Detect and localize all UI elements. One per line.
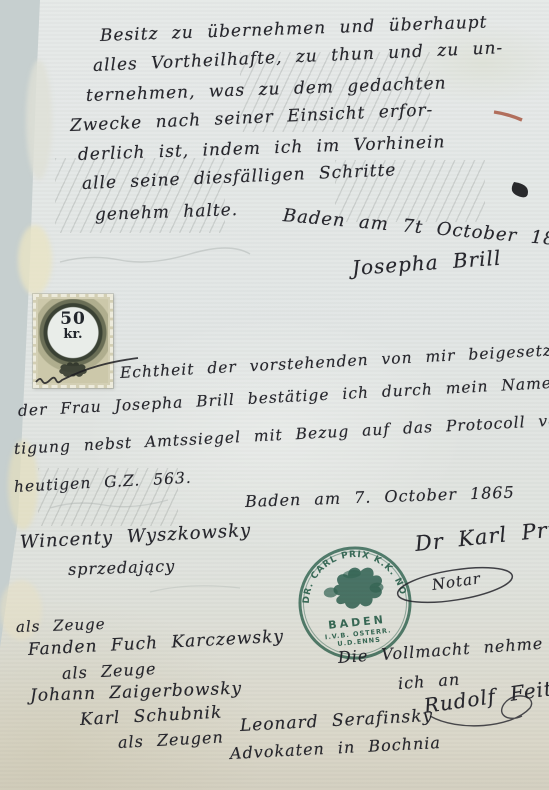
scanned-document-page: Besitz zu übernehmen und überhaupt alles… (0, 0, 549, 790)
paper-stain (26, 60, 52, 180)
stamp-value: 50 (38, 311, 108, 328)
stamp-engraving: 50 kr. (38, 299, 108, 383)
seal-eagle-icon (321, 565, 385, 612)
double-eagle-icon (56, 361, 90, 379)
seller-role: sprzedający (68, 556, 176, 579)
stamp-unit: kr. (38, 328, 108, 342)
revenue-stamp-50kr: 50 kr. (33, 294, 113, 388)
paper-stain (18, 225, 52, 295)
stamp-value-circle: 50 kr. (38, 311, 108, 342)
witness-line: als Zeuge (16, 615, 106, 636)
